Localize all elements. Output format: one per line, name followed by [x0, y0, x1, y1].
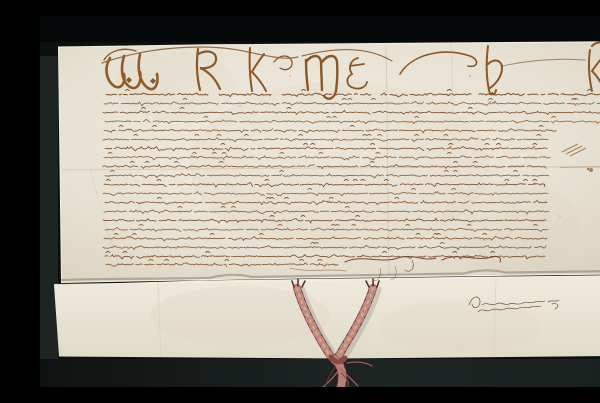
charter-photograph	[40, 16, 600, 387]
charter-scene	[40, 16, 600, 387]
